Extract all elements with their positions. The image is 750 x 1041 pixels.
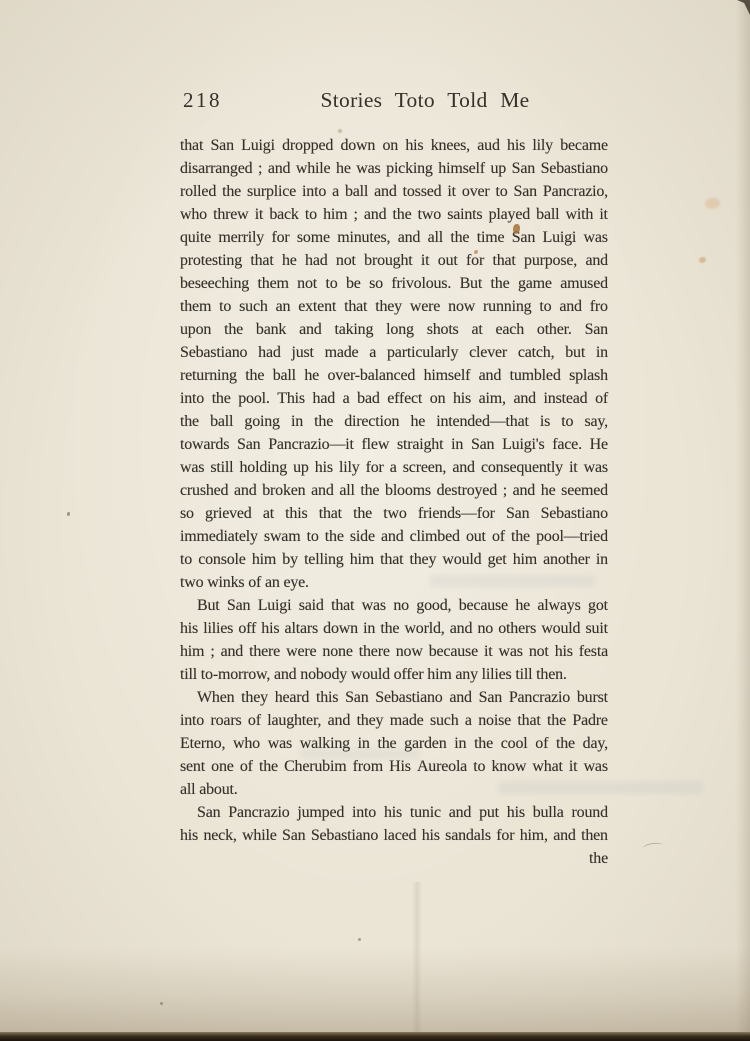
foxing-spot: [699, 257, 706, 263]
page-fold-shadow: [412, 882, 422, 1032]
text-line: all about.: [180, 778, 608, 801]
foxing-spot: [338, 129, 342, 133]
foxing-spot: [160, 1002, 163, 1005]
book-page-scan: 218 Stories Toto Told Me thatSanLuigidro…: [0, 0, 750, 1041]
page-header: 218 Stories Toto Told Me: [0, 86, 750, 116]
foxing-spot: [705, 198, 720, 209]
text-line: sogrievedatthisthatthetwofriends—forSanS…: [180, 502, 608, 525]
text-line: Eterno,whowaswalkinginthegardeninthecool…: [180, 732, 608, 755]
corner-notch: [737, 0, 750, 15]
text-line: disarranged;andwhilehewaspickinghimselfu…: [180, 157, 608, 180]
text-line: protestingthathehadnotbroughtitoutfortha…: [180, 249, 608, 272]
text-line: thatSanLuigidroppeddownonhisknees,audhis…: [180, 134, 608, 157]
text-line: till to-morrow, and nobody would offer h…: [180, 663, 608, 686]
text-line: SanPancraziojumpedintohistunicandputhisb…: [180, 801, 608, 824]
text-line: immediatelyswamtothesideandclimbedoutoft…: [180, 525, 608, 548]
text-line: rolledthesurpliceintoaballandtosseditove…: [180, 180, 608, 203]
running-title: Stories Toto Told Me: [100, 86, 750, 114]
text-line: Sebastianohadjustmadeaparticularlyclever…: [180, 341, 608, 364]
text-line: toconsolehimbytellinghimthattheywouldget…: [180, 548, 608, 571]
text-line: intoroarsoflaughter,andtheymadesuchanois…: [180, 709, 608, 732]
text-line: towardsSanPancrazio—itflewstraightinSanL…: [180, 433, 608, 456]
text-line: crushedandbrokenandallthebloomsdestroyed…: [180, 479, 608, 502]
foxing-spot: [358, 938, 361, 941]
text-line: WhentheyheardthisSanSebastianoandSanPanc…: [180, 686, 608, 709]
text-line: intothepool.Thishadabadeffectonhisaim,an…: [180, 387, 608, 410]
text-line: uponthebankandtakinglongshotsateachother…: [180, 318, 608, 341]
text-line: hisliliesoffhisaltarsdownintheworld,andn…: [180, 617, 608, 640]
text-block: thatSanLuigidroppeddownonhisknees,audhis…: [180, 134, 608, 870]
text-line: themtosuchanextentthattheywerenowrunning…: [180, 295, 608, 318]
foxing-spot: [67, 512, 70, 516]
text-line: beseechingthemnottobesofrivolous.Buttheg…: [180, 272, 608, 295]
lines-container: thatSanLuigidroppeddownonhisknees,audhis…: [180, 134, 608, 847]
scratch-mark: [643, 842, 664, 853]
text-line: theballgoinginthedirectionheintended—tha…: [180, 410, 608, 433]
text-line: hisneck,whileSanSebastianolacedhissandal…: [180, 824, 608, 847]
catchword: the: [180, 847, 608, 870]
text-line: wasstillholdinguphislilyforascreen,andco…: [180, 456, 608, 479]
text-line: sentoneoftheCherubimfromHisAureolatoknow…: [180, 755, 608, 778]
text-line: returningtheballheover-balancedhimselfan…: [180, 364, 608, 387]
text-line: ButSanLuigisaidthatwasnogood,becauseheal…: [180, 594, 608, 617]
text-line: him;andtherewerenonetherenowbecauseitwas…: [180, 640, 608, 663]
text-line: two winks of an eye.: [180, 571, 608, 594]
scan-bottom-edge: [0, 1032, 750, 1041]
page-curl-shadow: [0, 947, 750, 1032]
text-line: quitemerrilyforsomeminutes,andallthetime…: [180, 226, 608, 249]
text-line: whothrewitbacktohim;andthetwosaintsplaye…: [180, 203, 608, 226]
